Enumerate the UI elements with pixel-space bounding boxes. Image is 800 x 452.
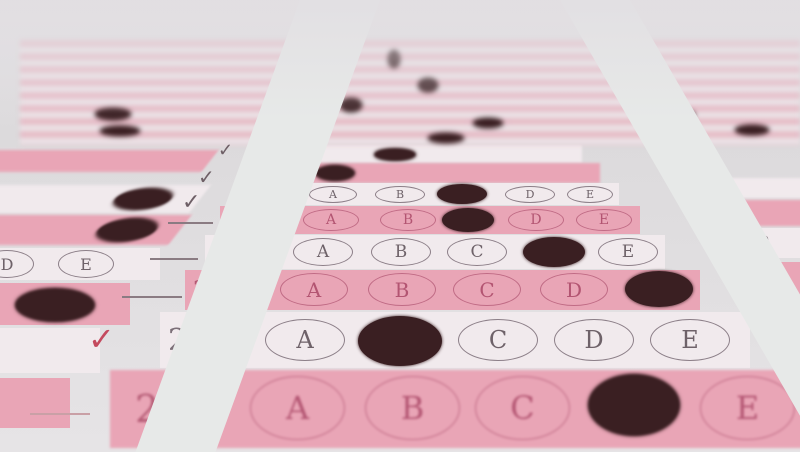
filled-bubble [473, 118, 503, 128]
left-row [0, 378, 70, 428]
option-bubble-a: A [265, 319, 345, 361]
option-label: E [622, 242, 634, 262]
filled-bubble-b [358, 316, 442, 366]
filled-bubble [100, 126, 140, 136]
filled-bubble [388, 50, 400, 68]
option-bubble-b: B [371, 238, 431, 266]
option-bubble-b: B [380, 209, 436, 231]
option-bubble-a: A [280, 273, 348, 306]
answer-sheet-photo: D E ✓ ✓ ✓ ✓ 18 19 20 A B D E 21 A B D E … [0, 0, 800, 452]
option-label: A [307, 278, 321, 302]
filled-bubble [106, 188, 179, 210]
filled-bubble-c [437, 184, 487, 204]
option-bubble-c: C [447, 238, 507, 266]
option-label: A [326, 212, 336, 228]
option-label: C [510, 389, 534, 427]
filled-bubble [418, 78, 438, 92]
option-label: D [530, 212, 541, 228]
option-bubble-e: E [567, 186, 613, 203]
left-row [0, 185, 211, 213]
option-label: B [395, 242, 408, 262]
left-row [0, 215, 192, 245]
filled-bubble-e [625, 271, 693, 307]
filled-bubble [15, 288, 95, 322]
option-bubble-e: E [576, 209, 632, 231]
dash-mark [30, 413, 90, 415]
check-mark-icon: ✓ [218, 140, 233, 161]
option-label: E [736, 389, 759, 427]
option-label: C [479, 278, 494, 302]
filled-bubble-c [442, 208, 494, 232]
filled-bubble [735, 125, 769, 135]
check-mark-icon: ✓ [88, 320, 115, 358]
check-mark-icon: ✓ [182, 190, 200, 215]
option-bubble-d: D [505, 186, 555, 203]
option-label: B [403, 212, 413, 228]
option-bubble-a: A [309, 186, 357, 203]
option-bubble-a: A [293, 238, 353, 266]
option-label: A [296, 326, 313, 354]
option-label: A [286, 389, 309, 427]
option-bubble-b: B [375, 186, 425, 203]
option-bubble-a: A [250, 376, 345, 440]
dash-mark [168, 222, 213, 224]
option-label: A [329, 188, 337, 201]
option-label: B [395, 278, 410, 302]
option-label: A [317, 242, 329, 262]
option-bubble-c: C [453, 273, 521, 306]
option-label: E [80, 255, 92, 274]
option-label: D [526, 188, 535, 201]
filled-bubble [89, 218, 166, 242]
option-label: E [681, 326, 699, 354]
filled-bubble [95, 108, 131, 120]
option-bubble-a: A [303, 209, 359, 231]
option-bubble-d: D [540, 273, 608, 306]
dash-mark [122, 296, 182, 298]
option-label: D [566, 278, 582, 302]
filled-bubble [428, 133, 464, 143]
option-bubble-c: C [458, 319, 538, 361]
option-bubble-e: E [598, 238, 658, 266]
option-label: B [401, 389, 425, 427]
filled-bubble-d [523, 237, 585, 267]
option-label: E [586, 188, 594, 201]
left-row [0, 150, 219, 172]
dash-mark [150, 258, 198, 260]
check-mark-icon: ✓ [198, 165, 215, 189]
option-bubble-d: D [508, 209, 564, 231]
filled-bubble [315, 165, 355, 181]
option-bubble-c: C [475, 376, 570, 440]
option-bubble-e: E [700, 376, 795, 440]
option-label: E [599, 212, 609, 228]
option-label: B [396, 188, 404, 201]
left-row [0, 328, 100, 373]
option-bubble-d: D [554, 319, 634, 361]
option-label: D [584, 326, 603, 354]
option-bubble-b: B [368, 273, 436, 306]
option-label: C [489, 326, 507, 354]
filled-bubble-d [588, 374, 680, 436]
option-label: C [470, 242, 483, 262]
filled-bubble [374, 148, 416, 161]
option-bubble-d: D [0, 250, 34, 278]
option-bubble-b: B [365, 376, 460, 440]
left-row: D E [0, 248, 160, 280]
option-label: D [1, 255, 14, 274]
option-bubble-e: E [58, 250, 114, 278]
left-row [0, 283, 130, 325]
option-bubble-e: E [650, 319, 730, 361]
